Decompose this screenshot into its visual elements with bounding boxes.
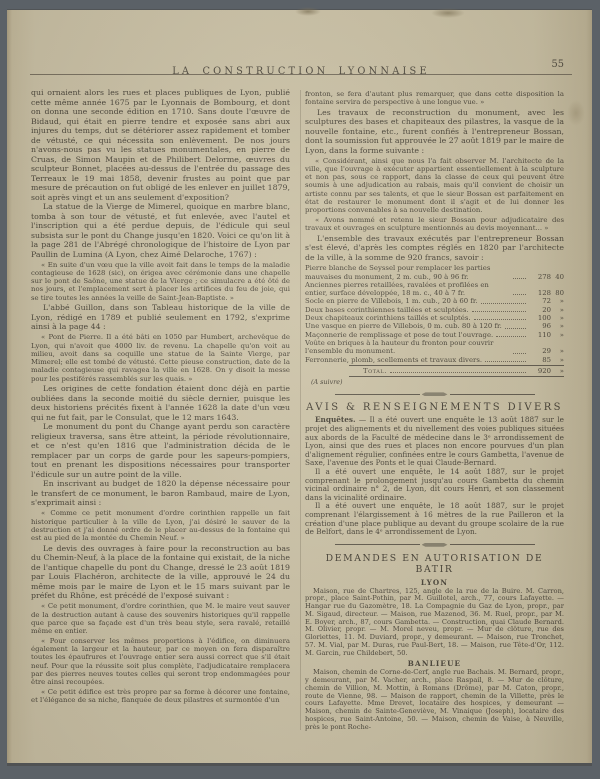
row-label: Ferronnerie, plomb, scellements et trava… xyxy=(305,356,482,364)
amount-centimes: 80 xyxy=(551,289,564,297)
divider-line xyxy=(335,394,420,395)
dot-leader xyxy=(472,311,526,312)
quoted-passage: « Considérant, ainsi que nous l'a fait o… xyxy=(305,157,564,215)
text-columns: qui ornaient alors les rues et places pu… xyxy=(31,88,565,756)
paragraph: Les travaux de reconstruction du monumen… xyxy=(305,108,564,156)
building-notices-banlieue: Maison, chemin de Corne-de-Cerf, angle r… xyxy=(305,669,564,731)
amount-centimes: » xyxy=(551,347,564,355)
row-label: Anciennes pierres retaillées, ravalées e… xyxy=(305,281,510,298)
row-label: Socle en pierre de Villebois, 1 m. cub.,… xyxy=(305,297,478,305)
amount-francs: 278 xyxy=(529,273,551,281)
divider-line xyxy=(335,544,420,545)
left-column: qui ornaient alors les rues et places pu… xyxy=(31,88,290,756)
subheading-lyon: LYON xyxy=(305,578,564,587)
section-heading-demandes: DEMANDES EN AUTORISATION DE BATIR xyxy=(305,553,564,575)
paragraph: L'ensemble des travaux exécutés par l'en… xyxy=(305,234,564,263)
quoted-passage: « Pont de Pierre. Il a été bâti en 1050 … xyxy=(31,333,290,383)
enquetes-body: — Il a été ouvert une enquête le 13 août… xyxy=(305,415,564,467)
amount-francs: 128 xyxy=(529,289,551,297)
paragraph: L'abbé Guillon, dans son Tableau histori… xyxy=(31,303,290,332)
row-label: Deux bases corinthiennes taillées et scu… xyxy=(305,306,469,314)
table-total-row: Total. 920 » xyxy=(305,367,564,375)
dot-leader xyxy=(513,294,526,295)
dot-leader xyxy=(481,303,526,304)
page-edge-stain xyxy=(431,8,465,18)
table-row: Pierre blanche de Seyssel pour remplacer… xyxy=(305,264,564,281)
paragraph: Les origines de cette fondation étaient … xyxy=(31,384,290,422)
table-row: Maçonnerie de remplissage et pose de tou… xyxy=(305,331,564,339)
dot-leader xyxy=(485,361,526,362)
amount-francs: 29 xyxy=(529,347,551,355)
enquete-paragraph: Il a été ouvert une enquête, le 18 août … xyxy=(305,502,564,536)
continuation-note: (A suivre) xyxy=(305,378,564,386)
dot-leader xyxy=(505,328,526,329)
subheading-banlieue: BANLIEUE xyxy=(305,659,564,668)
page-edge-stain xyxy=(295,7,321,16)
journal-title: LA CONSTRUCTION LYONNAISE xyxy=(172,66,430,77)
scanned-page: LA CONSTRUCTION LYONNAISE 55 qui ornaien… xyxy=(7,10,592,763)
amount-centimes: 40 xyxy=(551,273,564,281)
amount-centimes: » xyxy=(551,306,564,314)
paragraph: En inscrivant au budget de 1820 la dépen… xyxy=(31,479,290,508)
quoted-passage: « Ce petit monument, d'ordre corinthien,… xyxy=(31,602,290,635)
divider-line xyxy=(450,394,535,395)
row-label: Maçonnerie de remplissage et pose de tou… xyxy=(305,331,493,339)
amount-centimes: » xyxy=(551,331,564,339)
amount-francs: 110 xyxy=(529,331,551,339)
total-centimes: » xyxy=(551,367,564,375)
amount-centimes: » xyxy=(551,356,564,364)
row-label: Voûte en briques à la hauteur du fronton… xyxy=(305,339,510,356)
divider-line xyxy=(450,544,535,545)
cost-table: Pierre blanche de Seyssel pour remplacer… xyxy=(305,264,564,386)
diamond-ornament xyxy=(422,392,448,396)
table-row: Une vasque en pierre de Villebois, 0 m. … xyxy=(305,322,564,330)
right-column: fronton, se fera d'autant plus remarquer… xyxy=(305,88,564,756)
paragraph: Le monument du pont du Change ayant perd… xyxy=(31,422,290,479)
quoted-passage: « En suite d'un vœu que la ville avoit f… xyxy=(31,261,290,302)
amount-centimes: » xyxy=(551,297,564,305)
total-label: Total. xyxy=(363,367,387,375)
table-row: Ferronnerie, plomb, scellements et trava… xyxy=(305,356,564,364)
header-rule xyxy=(30,74,572,75)
paragraph: La statue de la Vierge de Mimerel, quoiq… xyxy=(31,202,290,259)
dot-leader xyxy=(496,336,526,337)
foxing-spot xyxy=(567,100,585,126)
scan-backdrop: { "colors": { "backdrop": "#5b6167", "pa… xyxy=(0,0,600,779)
table-row: Anciennes pierres retaillées, ravalées e… xyxy=(305,281,564,298)
row-label: Pierre blanche de Seyssel pour remplacer… xyxy=(305,264,510,281)
diamond-ornament xyxy=(422,543,448,547)
section-heading-avis: AVIS & RENSEIGNEMENTS DIVERS xyxy=(305,402,564,413)
total-francs: 920 xyxy=(529,367,551,375)
table-row: Socle en pierre de Villebois, 1 m. cub.,… xyxy=(305,297,564,305)
quoted-passage: « Comme ce petit monument d'ordre corint… xyxy=(31,509,290,542)
dot-leader xyxy=(513,353,526,354)
section-divider xyxy=(335,392,535,396)
table-row: Deux bases corinthiennes taillées et scu… xyxy=(305,306,564,314)
quoted-passage: « Avons nommé et retenu le sieur Bossan … xyxy=(305,216,564,233)
amount-francs: 85 xyxy=(529,356,551,364)
dot-leader xyxy=(474,319,526,320)
amount-francs: 72 xyxy=(529,297,551,305)
page-header: LA CONSTRUCTION LYONNAISE 55 xyxy=(30,59,572,78)
paragraph: Le devis des ouvrages à faire pour la re… xyxy=(31,544,290,601)
table-row: Voûte en briques à la hauteur du fronton… xyxy=(305,339,564,356)
table-rule xyxy=(349,365,564,366)
dot-leader xyxy=(513,278,526,279)
paragraph: qui ornaient alors les rues et places pu… xyxy=(31,88,290,202)
section-divider xyxy=(335,543,535,547)
dot-leader xyxy=(390,372,526,373)
amount-francs: 100 xyxy=(529,314,551,322)
table-rule xyxy=(349,376,564,377)
quoted-passage: « Ce petit édifice est très propre par s… xyxy=(31,688,290,705)
page-number: 55 xyxy=(552,59,564,70)
quoted-passage: fronton, se fera d'autant plus remarquer… xyxy=(305,90,564,107)
row-label: Une vasque en pierre de Villebois, 0 m. … xyxy=(305,322,502,330)
amount-francs: 96 xyxy=(529,322,551,330)
amount-centimes: » xyxy=(551,314,564,322)
building-notices-lyon: Maison, rue de Chartres, 125, angle de l… xyxy=(305,588,564,658)
quoted-passage: « Pour conserver les mêmes proportions à… xyxy=(31,637,290,687)
enquetes-paragraph: Enquêtes. — Il a été ouvert une enquête … xyxy=(305,416,564,468)
amount-francs: 20 xyxy=(529,306,551,314)
enquete-paragraph: Il a été ouvert une enquête, le 14 août … xyxy=(305,468,564,502)
amount-centimes: » xyxy=(551,322,564,330)
